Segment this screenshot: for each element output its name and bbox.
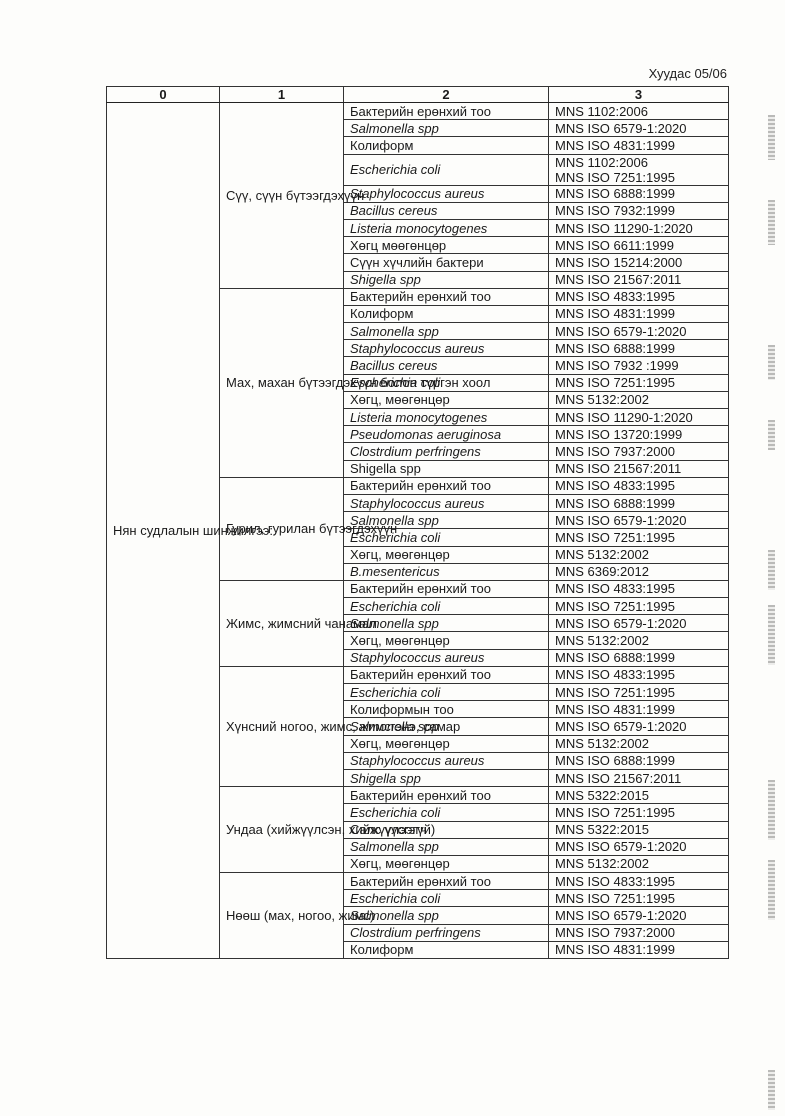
indicator-cell: Shigella spp (344, 460, 549, 477)
indicator-cell: Staphylococcus aureus (344, 649, 549, 666)
indicator-cell: Сүүн хүчлийн бактери (344, 254, 549, 271)
indicator-cell: Clostrdium perfringens (344, 443, 549, 460)
standard-cell: MNS ISO 6888:1999 (549, 494, 729, 511)
indicator-cell: B.mesentericus (344, 563, 549, 580)
standard-cell: MNS ISO 7251:1995 (549, 529, 729, 546)
methods-table: 0 1 2 3 Нян судлалын шинжилгээ:Сүү, сүүн… (106, 86, 729, 959)
indicator-cell: Салс үүсгэгч (344, 821, 549, 838)
standard-cell: MNS ISO 7932:1999 (549, 202, 729, 219)
standard-cell: MNS ISO 7251:1995 (549, 684, 729, 701)
indicator-cell: Salmonella spp (344, 907, 549, 924)
indicator-cell: Бактерийн ерөнхий тоо (344, 477, 549, 494)
indicator-cell: Clostrdium perfringens (344, 924, 549, 941)
standard-cell: MNS 6369:2012 (549, 563, 729, 580)
standard-cell: MNS ISO 6579-1:2020 (549, 120, 729, 137)
scan-artifact (768, 1070, 775, 1110)
standard-cell: MNS 1102:2006 (549, 103, 729, 120)
standard-cell: MNS ISO 13720:1999 (549, 426, 729, 443)
standard-cell: MNS ISO 21567:2011 (549, 460, 729, 477)
indicator-cell: Salmonella spp (344, 838, 549, 855)
indicator-cell: Хөгц, мөөгөнцөр (344, 735, 549, 752)
indicator-cell: Хөгц мөөгөнцөр (344, 237, 549, 254)
standard-cell: MNS ISO 7932 :1999 (549, 357, 729, 374)
standard-cell: MNS ISO 6888:1999 (549, 649, 729, 666)
standard-cell: MNS ISO 15214:2000 (549, 254, 729, 271)
standard-cell: MNS ISO 7251:1995 (549, 598, 729, 615)
standard-cell: MNS 1102:2006MNS ISO 7251:1995 (549, 154, 729, 185)
indicator-cell: Хөгц, мөөгөнцөр (344, 391, 549, 408)
scan-artifact (768, 780, 775, 840)
indicator-cell: Salmonella spp (344, 615, 549, 632)
indicator-cell: Shigella spp (344, 271, 549, 288)
scan-artifact (768, 345, 775, 380)
indicator-cell: Бактерийн ерөнхий тоо (344, 103, 549, 120)
standard-cell: MNS ISO 6579-1:2020 (549, 718, 729, 735)
indicator-cell: Бактерийн ерөнхий тоо (344, 666, 549, 683)
indicator-cell: Хөгц, мөөгөнцөр (344, 855, 549, 872)
standard-cell: MNS ISO 6579-1:2020 (549, 323, 729, 340)
standard-cell: MNS ISO 11290-1:2020 (549, 409, 729, 426)
product-group-cell: Нөөш (мах, ногоо, жимс) (220, 873, 344, 959)
indicator-cell: Staphylococcus aureus (344, 340, 549, 357)
indicator-cell: Колиформ (344, 137, 549, 154)
indicator-cell: Бактерийн ерөнхий тоо (344, 787, 549, 804)
product-group-cell: Мах, махан бүтээгдэхүүн болон түргэн хоо… (220, 288, 344, 477)
standard-cell: MNS ISO 21567:2011 (549, 271, 729, 288)
standard-cell: MNS ISO 6611:1999 (549, 237, 729, 254)
indicator-cell: Хөгц, мөөгөнцөр (344, 546, 549, 563)
table-row: Нян судлалын шинжилгээ:Сүү, сүүн бүтээгд… (107, 103, 729, 120)
standard-cell: MNS ISO 6579-1:2020 (549, 615, 729, 632)
table-body: Нян судлалын шинжилгээ:Сүү, сүүн бүтээгд… (107, 103, 729, 959)
scan-artifact (768, 115, 775, 160)
scan-artifact (768, 605, 775, 665)
standard-cell: MNS 5132:2002 (549, 546, 729, 563)
standard-cell: MNS ISO 6579-1:2020 (549, 838, 729, 855)
indicator-cell: Escherichia coli (344, 804, 549, 821)
standard-cell: MNS ISO 4831:1999 (549, 701, 729, 718)
standard-cell: MNS 5132:2002 (549, 735, 729, 752)
scan-artifact (768, 420, 775, 450)
standard-cell: MNS ISO 4831:1999 (549, 941, 729, 958)
standard-cell: MNS ISO 4833:1995 (549, 477, 729, 494)
product-group-cell: Хүнсний ногоо, жимс, жимсгэнэ, самар (220, 666, 344, 786)
indicator-cell: Salmonella spp (344, 512, 549, 529)
indicator-cell: Колиформын тоо (344, 701, 549, 718)
header-row: 0 1 2 3 (107, 87, 729, 103)
indicator-cell: Staphylococcus aureus (344, 494, 549, 511)
product-group-cell: Жимс, жимсний чанамал (220, 580, 344, 666)
standard-cell: MNS ISO 21567:2011 (549, 769, 729, 786)
indicator-cell: Escherichia coli (344, 529, 549, 546)
product-group-cell: Гурил, гурилан бүтээгдэхүүн (220, 477, 344, 580)
indicator-cell: Staphylococcus aureus (344, 752, 549, 769)
standard-cell: MNS ISO 7251:1995 (549, 804, 729, 821)
indicator-cell: Salmonella spp (344, 323, 549, 340)
indicator-cell: Bacillus cereus (344, 357, 549, 374)
indicator-cell: Escherichia coli (344, 598, 549, 615)
standard-cell: MNS 5132:2002 (549, 632, 729, 649)
scan-artifact (768, 550, 775, 590)
indicator-cell: Хөгц, мөөгөнцөр (344, 632, 549, 649)
standard-cell: MNS ISO 7251:1995 (549, 890, 729, 907)
header-col-2: 2 (344, 87, 549, 103)
category-cell: Нян судлалын шинжилгээ: (107, 103, 220, 959)
standard-cell: MNS ISO 4833:1995 (549, 580, 729, 597)
indicator-cell: Pseudomonas aeruginosa (344, 426, 549, 443)
indicator-cell: Escherichia coli (344, 890, 549, 907)
header-col-3: 3 (549, 87, 729, 103)
standard-cell: MNS ISO 6888:1999 (549, 185, 729, 202)
standard-cell: MNS ISO 6579-1:2020 (549, 512, 729, 529)
standard-cell: MNS ISO 4831:1999 (549, 137, 729, 154)
indicator-cell: Бактерийн ерөнхий тоо (344, 873, 549, 890)
header-col-0: 0 (107, 87, 220, 103)
indicator-cell: Salmonella spp (344, 120, 549, 137)
indicator-cell: Staphylococcus aureus (344, 185, 549, 202)
indicator-cell: Listeria monocytogenes (344, 409, 549, 426)
product-group-cell: Сүү, сүүн бүтээгдэхүүн (220, 103, 344, 289)
product-group-cell: Ундаа (хийжүүлсэн, хийжүүлээгүй) (220, 787, 344, 873)
standard-cell: MNS ISO 6579-1:2020 (549, 907, 729, 924)
standard-cell: MNS 5132:2002 (549, 391, 729, 408)
scan-artifact (768, 200, 775, 245)
standard-cell: MNS ISO 7937:2000 (549, 443, 729, 460)
indicator-cell: Колиформ (344, 305, 549, 322)
standard-line: MNS ISO 7251:1995 (555, 170, 728, 185)
scan-artifact (768, 860, 775, 920)
standard-cell: MNS ISO 4833:1995 (549, 873, 729, 890)
standard-cell: MNS ISO 7937:2000 (549, 924, 729, 941)
indicator-cell: Shigella spp (344, 769, 549, 786)
indicator-cell: Listeria monocytogenes (344, 219, 549, 236)
page-number: Хуудас 05/06 (649, 66, 727, 81)
standard-cell: MNS ISO 11290-1:2020 (549, 219, 729, 236)
standard-cell: MNS ISO 7251:1995 (549, 374, 729, 391)
indicator-cell: Бактерийн ерөнхий тоо (344, 288, 549, 305)
standard-cell: MNS 5322:2015 (549, 821, 729, 838)
indicator-cell: Bacillus cereus (344, 202, 549, 219)
standard-cell: MNS 5322:2015 (549, 787, 729, 804)
standard-cell: MNS ISO 6888:1999 (549, 752, 729, 769)
standard-cell: MNS ISO 4831:1999 (549, 305, 729, 322)
header-col-1: 1 (220, 87, 344, 103)
indicator-cell: Бактерийн ерөнхий тоо (344, 580, 549, 597)
indicator-cell: Колиформ (344, 941, 549, 958)
standard-cell: MNS ISO 4833:1995 (549, 288, 729, 305)
standard-cell: MNS 5132:2002 (549, 855, 729, 872)
standard-cell: MNS ISO 4833:1995 (549, 666, 729, 683)
indicator-cell: Escherichia coli (344, 684, 549, 701)
standard-line: MNS 1102:2006 (555, 155, 728, 170)
standard-cell: MNS ISO 6888:1999 (549, 340, 729, 357)
indicator-cell: Escherichia coli (344, 154, 549, 185)
